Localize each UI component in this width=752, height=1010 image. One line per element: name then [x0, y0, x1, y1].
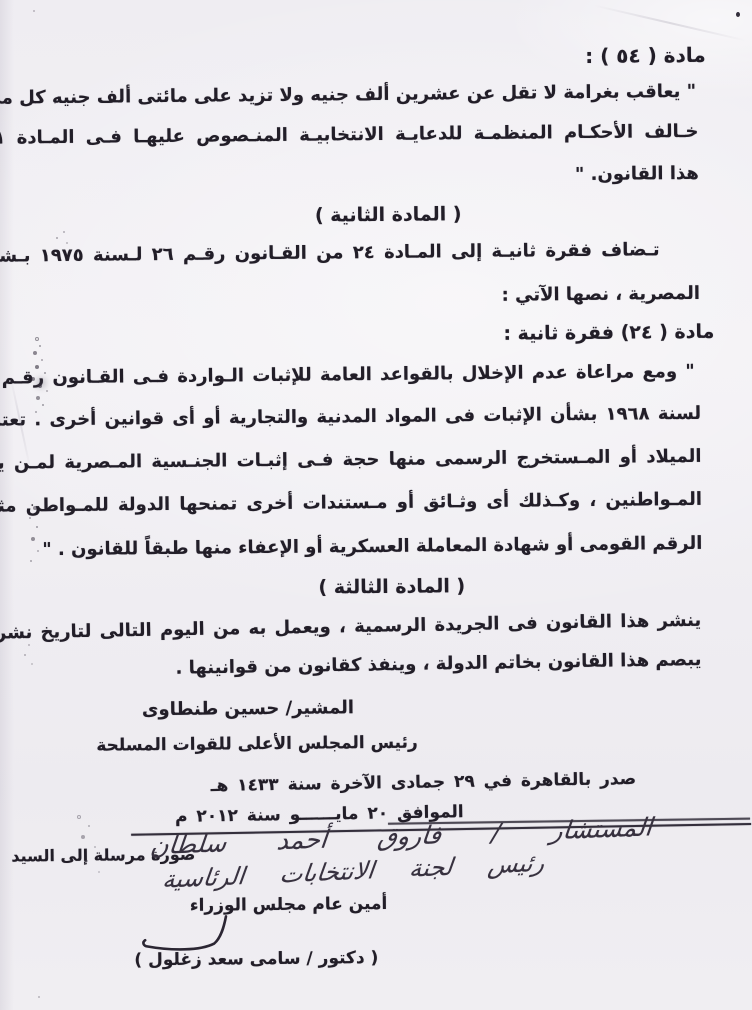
scan-artifact-speckle — [36, 338, 38, 340]
article-2-heading: ( المادة الثانية ) — [67, 201, 709, 229]
article-3-line-1: ينشر هذا القانون فى الجريدة الرسمية ، وي… — [0, 610, 701, 644]
article-54-heading: مادة ( ٥٤ ) : — [585, 43, 706, 68]
clause-line-4: المـواطنين ، وكـذلك أى وثـائق أو مـستندا… — [0, 489, 702, 518]
clause-line-5: الرقم القومى أو شهادة المعاملة العسكرية … — [42, 533, 702, 560]
signatory-name: المشير/ حسين طنطاوى — [142, 697, 354, 720]
article-54-line-3: هذا القانون. " — [575, 163, 699, 185]
document-content: مادة ( ٥٤ ) : " يعاقب بغرامة لا تقل عن ع… — [0, 0, 752, 1010]
article-2-intro-line-2: المصرية ، نصها الآتي : — [502, 283, 701, 306]
scan-artifact-speckle — [24, 6, 26, 8]
article-2-intro-line-1: تـضاف فقرة ثانيـة إلى المـادة ٢٤ من القـ… — [0, 239, 660, 267]
secretary-general-name: ( دكتور / سامى سعد زغلول ) — [134, 948, 378, 970]
article-3-line-2: يبصم هذا القانون بخاتم الدولة ، وينفذ كق… — [176, 649, 702, 679]
clause-line-2: لسنة ١٩٦٨ بشأن الإثبات فى المواد المدنية… — [0, 403, 701, 432]
clause-line-1: " ومع مراعاة عدم الإخلال بالقواعد العامة… — [0, 361, 695, 389]
article-54-line-2: خـالف الأحكـام المنظمـة للدعايـة الانتخا… — [0, 121, 699, 149]
scan-artifact-speckle — [30, 498, 32, 500]
article-3-heading: ( المادة الثالثة ) — [71, 573, 713, 601]
scan-artifact-dot — [736, 12, 740, 17]
article-24-clause-heading: مادة ( ٢٤) فقرة ثانية : — [503, 321, 714, 345]
clause-line-3: الميلاد أو المـستخرج الرسمى منها حجة فـى… — [0, 446, 702, 475]
scanned-document-page: مادة ( ٥٤ ) : " يعاقب بغرامة لا تقل عن ع… — [0, 0, 752, 1010]
article-54-line-1: " يعاقب بغرامة لا تقل عن عشرين ألف جنيه … — [0, 81, 696, 109]
scan-artifact-speckle — [78, 816, 80, 818]
scan-artifact-speckle — [58, 226, 60, 228]
scan-artifact-speckle — [22, 636, 24, 638]
signatory-title: رئيس المجلس الأعلى للقوات المسلحة — [96, 733, 418, 756]
issue-date-hijri: صدر بالقاهرة في ٢٩ جمادى الآخرة سنة ١٤٣٣… — [211, 769, 637, 796]
